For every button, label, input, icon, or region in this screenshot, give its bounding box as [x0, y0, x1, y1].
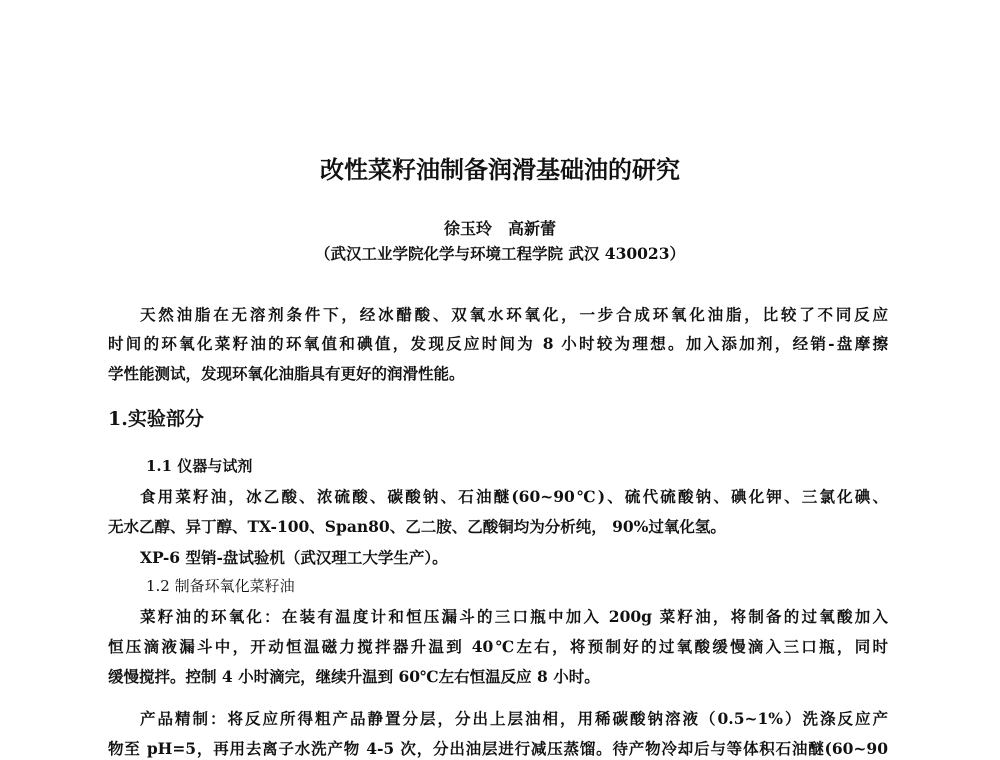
subsection-heading: 1.2 制备环氧化菜籽油 — [146, 575, 295, 596]
abstract-line: 天然油脂在无溶剂条件下，经冰醋酸、双氧水环氧化，一步合成环氧化油脂，比较了不同反… — [140, 303, 888, 325]
paragraph-line: 无水乙醇、异丁醇、TX-100、Span80、乙二胺、乙酸铜均为分析纯， 90%… — [108, 515, 726, 537]
paragraph-line: XP-6 型销-盘试验机（武汉理工大学生产）。 — [140, 546, 448, 568]
paragraph-line: 菜籽油的环氧化：在装有温度计和恒压漏斗的三口瓶中加入 200g 菜籽油，将制备的… — [140, 605, 888, 627]
paragraph-line: 缓慢搅拌。控制 4 小时滴完，继续升温到 60℃左右恒温反应 8 小时。 — [108, 665, 600, 687]
paragraph-line: 产品精制：将反应所得粗产品静置分层，分出上层油相，用稀碳酸钠溶液（0.5~1%）… — [140, 707, 888, 729]
paper-authors: 徐玉玲 高新蕾 — [0, 216, 1000, 239]
paper-title: 改性菜籽油制备润滑基础油的研究 — [0, 150, 1000, 185]
subsection-heading: 1.1 仪器与试剂 — [146, 455, 252, 476]
paragraph-line: 物至 pH=5，再用去离子水洗产物 4-5 次，分出油层进行减压蒸馏。待产物冷却… — [108, 737, 888, 759]
abstract-line: 时间的环氧化菜籽油的环氧值和碘值，发现反应时间为 8 小时较为理想。加入添加剂，… — [108, 332, 888, 354]
abstract-line: 学性能测试，发现环氧化油脂具有更好的润滑性能。 — [108, 362, 465, 384]
section-heading: 1.实验部分 — [108, 404, 204, 431]
paper-affiliation: （武汉工业学院化学与环境工程学院 武汉 430023） — [0, 242, 1000, 264]
paragraph-line: 食用菜籽油，冰乙酸、浓硫酸、碳酸钠、石油醚(60~90℃)、硫代硫酸钠、碘化钾、… — [140, 485, 888, 507]
paragraph-line: 恒压滴液漏斗中，开动恒温磁力搅拌器升温到 40℃左右，将预制好的过氧酸缓慢滴入三… — [108, 635, 888, 657]
